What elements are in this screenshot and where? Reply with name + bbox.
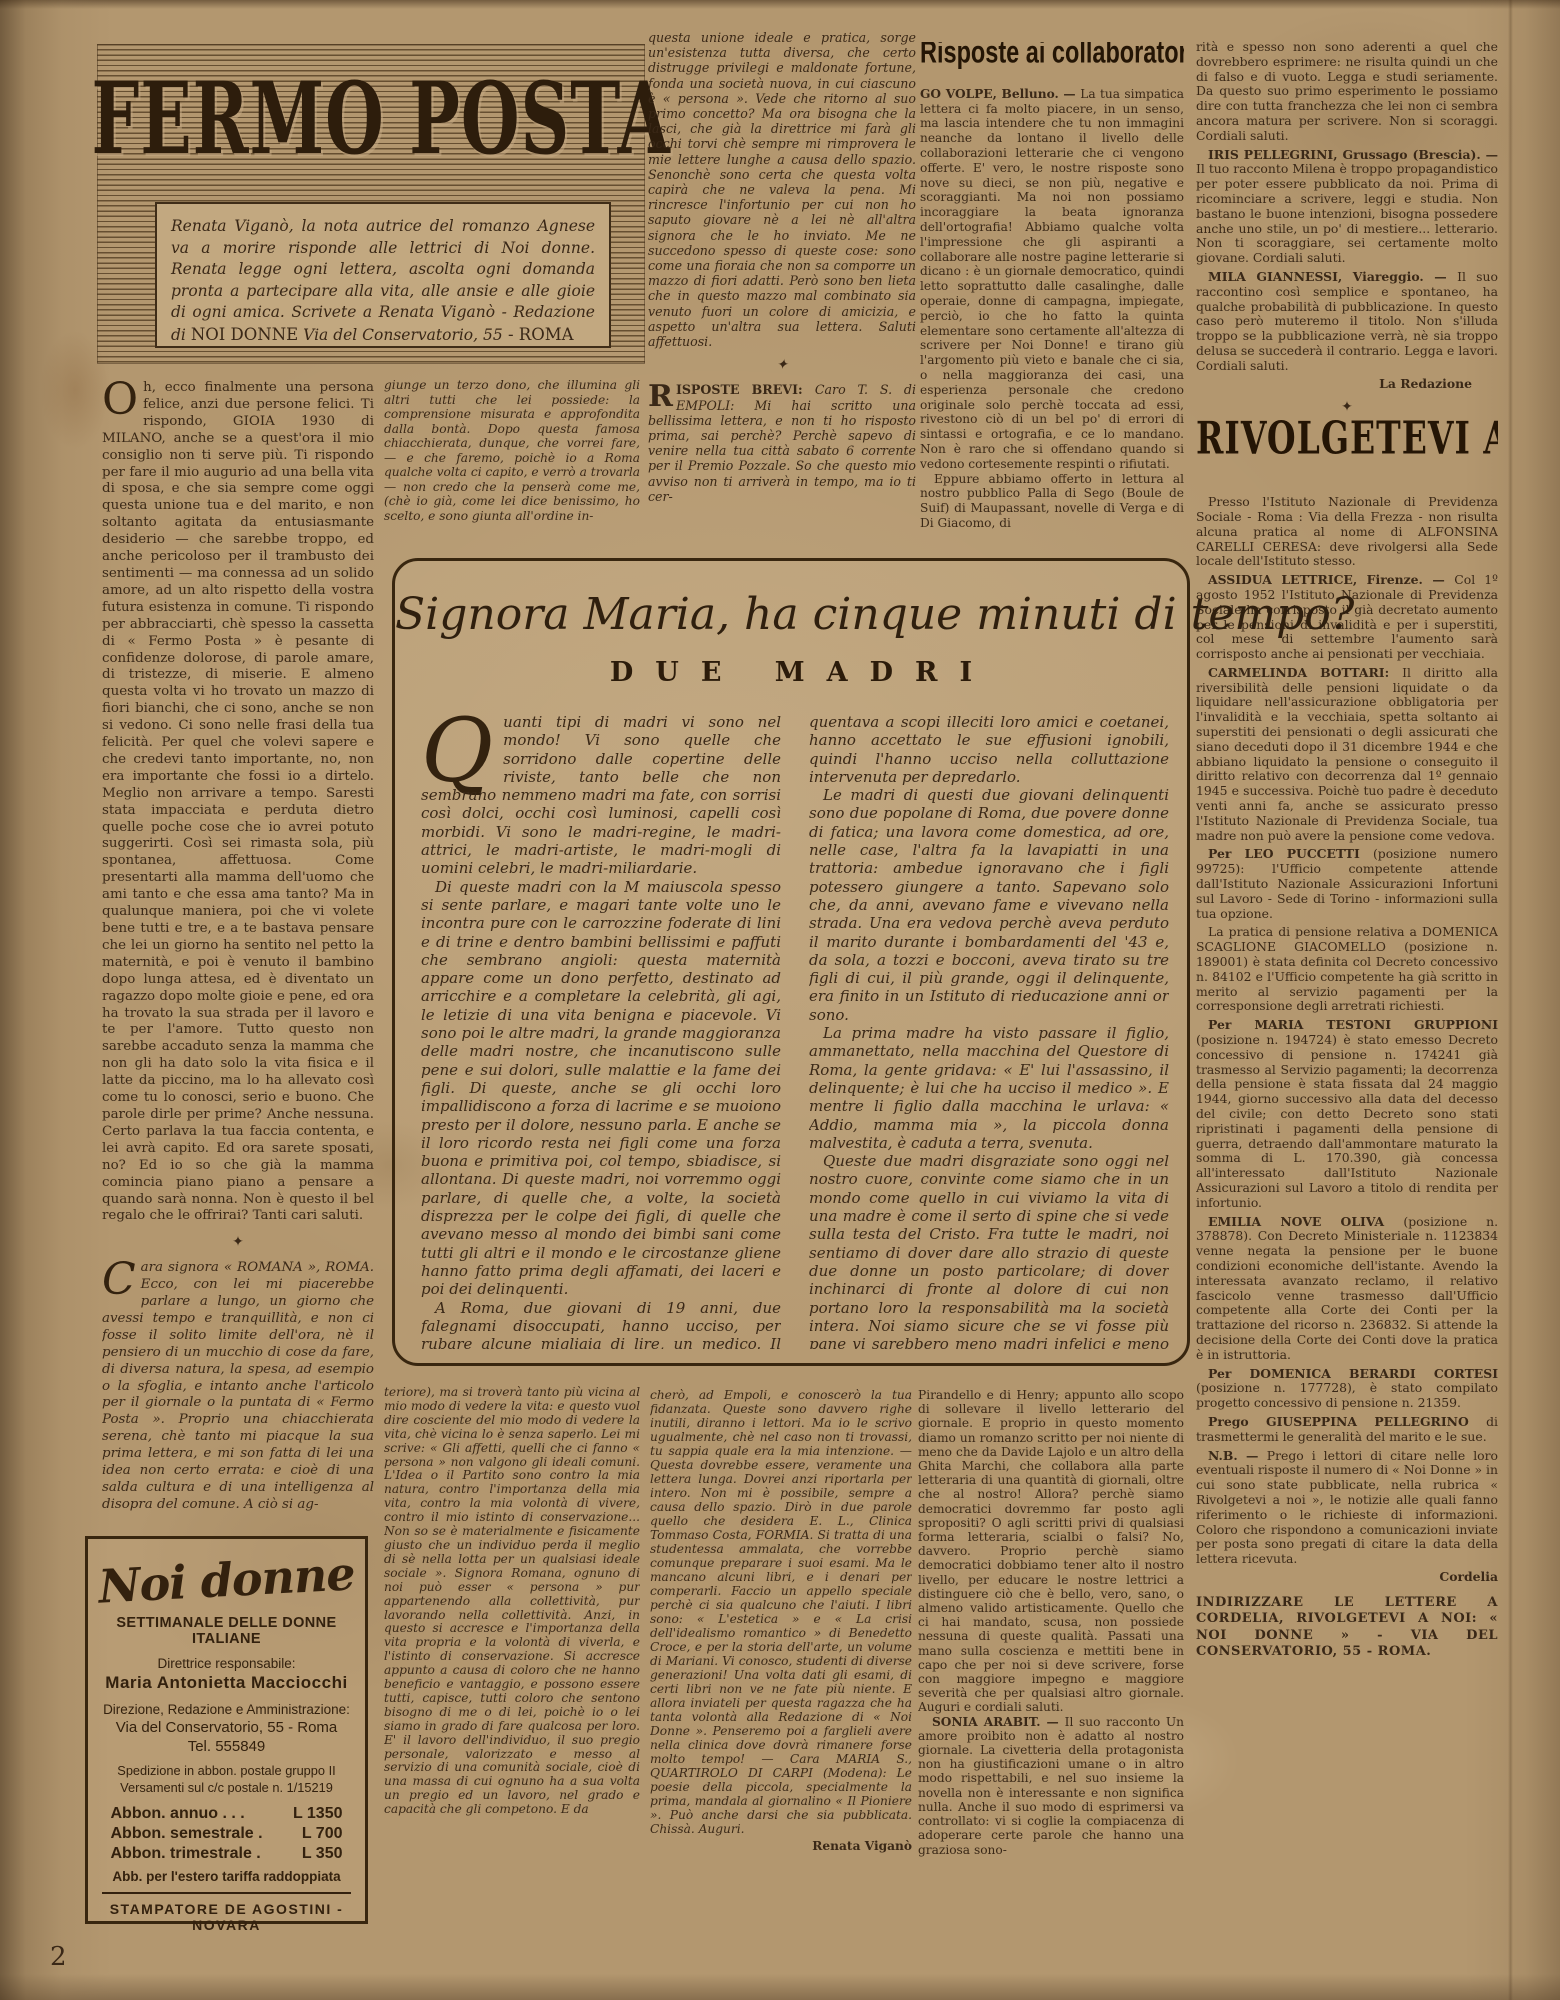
dropcap-r: R bbox=[648, 382, 676, 410]
subscription-row: Abbon. trimestrale .L 350 bbox=[111, 1845, 343, 1863]
collaborators-heading: Risposte ai collaboratori bbox=[920, 42, 1184, 61]
column-3-letter: questa unione ideale e pratica, sorge un… bbox=[648, 30, 916, 554]
masthead-phone: Tel. 555849 bbox=[88, 1738, 365, 1755]
intro-address-city: - ROMA bbox=[503, 325, 574, 344]
featured-p7: Queste due madri disgraziate sono oggi n… bbox=[809, 1152, 1169, 1349]
riv-item: Prego GIUSEPPINA PELLEGRINO di trasmette… bbox=[1196, 1415, 1498, 1445]
featured-article-box: Signora Maria, ha cinque minuti di tempo… bbox=[392, 558, 1190, 1366]
featured-p1: Quanti tipi di madri vi sono nel mondo! … bbox=[421, 713, 781, 878]
letter-cont: questa unione ideale e pratica, sorge un… bbox=[648, 30, 916, 349]
column-2-continuation: giunge un terzo dono, che illumina gli a… bbox=[384, 378, 640, 556]
rail-mila-giannessi: MILA GIANNESSI, Viareggio. — Il suo racc… bbox=[1196, 270, 1498, 374]
riv-nota-bene: N.B. — Prego i lettori di citare nelle l… bbox=[1196, 1449, 1498, 1567]
admin-label: Direzione, Redazione e Amministrazione: bbox=[88, 1702, 365, 1717]
riv-item: La pratica di pensione relativa a DOMENI… bbox=[1196, 925, 1498, 1014]
collab-cont: Pirandello e di Henry; appunto allo scop… bbox=[918, 1388, 1184, 1715]
column-2-bottom: teriore), ma si troverà tanto più vicina… bbox=[384, 1386, 640, 1992]
noi-donne-logo: Noi donne bbox=[87, 1546, 366, 1614]
vigano-signature: Renata Viganò bbox=[650, 1839, 912, 1853]
redazione-signature: La Redazione bbox=[1196, 377, 1498, 392]
featured-subtitle: DUE MADRI bbox=[395, 657, 1187, 688]
featured-p5: Le madri di questi due giovani delinquen… bbox=[809, 786, 1169, 1024]
masthead-tagline: SETTIMANALE DELLE DONNE ITALIANE bbox=[88, 1615, 365, 1647]
collab-eppure: Eppure abbiamo offerto in lettura al nos… bbox=[920, 472, 1184, 531]
intro-address-street: Via del Conservatorio, 55 bbox=[298, 326, 503, 344]
page-number: 2 bbox=[50, 1942, 67, 1972]
section-divider-icon: ✦ bbox=[648, 358, 916, 373]
featured-title: Signora Maria, ha cinque minuti di tempo… bbox=[395, 589, 1187, 640]
riv-item: EMILIA NOVE OLIVA (posizione n. 378878).… bbox=[1196, 1215, 1498, 1363]
riv-item: CARMELINDA BOTTARI: Il diritto alla rive… bbox=[1196, 666, 1498, 844]
intro-address-name: NOI DONNE bbox=[191, 325, 298, 344]
fermo-posta-header: FERMO POSTA Renata Viganò, la nota autri… bbox=[97, 44, 645, 364]
printer-credit: STAMPATORE DE AGOSTINI - NOVARA bbox=[102, 1892, 351, 1933]
brevi-cont: cherò, ad Empoli, e conoscerò la tua fid… bbox=[650, 1388, 912, 1836]
subscription-rates: Abbon. annuo . . .L 1350 Abbon. semestra… bbox=[111, 1805, 343, 1863]
column-intro-box: Renata Viganò, la nota autrice del roman… bbox=[155, 202, 611, 348]
column-3-bottom: cherò, ad Empoli, e conoscerò la tua fid… bbox=[650, 1388, 912, 1992]
rivolgetevi-heading: RIVOLGETEVI A NOI bbox=[1196, 429, 1498, 475]
column-right-rail: rità e spesso non sono aderenti a quel c… bbox=[1196, 40, 1498, 1990]
subscription-row: Abbon. annuo . . .L 1350 bbox=[111, 1805, 343, 1823]
foreign-rate-note: Abb. per l'estero tariffa raddoppiata bbox=[88, 1869, 365, 1884]
riv-item: Per DOMENICA BERARDI CORTESI (posizione … bbox=[1196, 1367, 1498, 1411]
column-collaborators: Risposte ai collaboratori GO VOLPE, Bell… bbox=[920, 42, 1184, 554]
riv-item: Presso l'Istituto Nazionale di Previdenz… bbox=[1196, 495, 1498, 569]
letter-romana-cont: giunge un terzo dono, che illumina gli a… bbox=[384, 378, 640, 523]
featured-p2: Di queste madri con la M maiuscola spess… bbox=[421, 878, 781, 1299]
page-fold-line bbox=[1508, 0, 1513, 2000]
cordelia-signature: Cordelia bbox=[1196, 1570, 1498, 1585]
featured-left-column: Quanti tipi di madri vi sono nel mondo! … bbox=[421, 713, 781, 1349]
section-divider-icon: ✦ bbox=[102, 1234, 374, 1251]
dropcap-q: Q bbox=[421, 713, 503, 783]
letters-address-note: INDIRIZZARE LE LETTERE A CORDELIA, RIVOL… bbox=[1196, 1595, 1498, 1661]
rail-cont: rità e spesso non sono aderenti a quel c… bbox=[1196, 40, 1498, 144]
letter-romana: Cara signora « ROMANA », ROMA. Ecco, con… bbox=[102, 1260, 374, 1514]
dropcap-c: C bbox=[102, 1260, 141, 1297]
dropcap-o: O bbox=[102, 380, 143, 417]
column-title: FERMO POSTA bbox=[92, 60, 651, 177]
featured-p3: A Roma, due giovani di 19 anni, due fale… bbox=[421, 1299, 781, 1350]
director-label: Direttrice responsabile: bbox=[88, 1656, 365, 1671]
rail-iris-pellegrini: IRIS PELLEGRINI, Grussago (Brescia). — I… bbox=[1196, 148, 1498, 266]
featured-p6: La prima madre ha visto passare il figli… bbox=[809, 1024, 1169, 1152]
shipping-note: Spedizione in abbon. postale gruppo II bbox=[88, 1763, 365, 1778]
column-collaborators-bottom: Pirandello e di Henry; appunto allo scop… bbox=[918, 1388, 1184, 1994]
riv-item: Per MARIA TESTONI GRUPPIONI (posizione n… bbox=[1196, 1018, 1498, 1210]
letter-gioia: Oh, ecco finalmente una persona felice, … bbox=[102, 380, 374, 1225]
masthead-address: Via del Conservatorio, 55 - Roma bbox=[88, 1719, 365, 1736]
subscription-row: Abbon. semestrale .L 700 bbox=[111, 1825, 343, 1843]
riv-item: Per LEO PUCCETTI (posizione numero 99725… bbox=[1196, 847, 1498, 921]
collab-sonia-arabit: SONIA ARABIT. — Il suo racconto Un amore… bbox=[918, 1715, 1184, 1857]
account-note: Versamenti sul c/c postale n. 1/15219 bbox=[88, 1780, 365, 1795]
letter-romana-cont2: teriore), ma si troverà tanto più vicina… bbox=[384, 1386, 640, 1817]
featured-p4: quentava a scopi illeciti loro amici e c… bbox=[809, 713, 1169, 786]
column-1-letter: Oh, ecco finalmente una persona felice, … bbox=[102, 380, 374, 1528]
director-name: Maria Antonietta Macciocchi bbox=[88, 1673, 365, 1693]
masthead-box: Noi donne SETTIMANALE DELLE DONNE ITALIA… bbox=[85, 1536, 368, 1924]
magazine-page: FERMO POSTA Renata Viganò, la nota autri… bbox=[0, 0, 1560, 2000]
collab-go-volpe: GO VOLPE, Belluno. — La tua simpatica le… bbox=[920, 87, 1184, 472]
featured-right-column: quentava a scopi illeciti loro amici e c… bbox=[809, 713, 1169, 1349]
risposte-brevi: RISPOSTE BREVI: Caro T. S. di EMPOLI: Mi… bbox=[648, 382, 916, 504]
